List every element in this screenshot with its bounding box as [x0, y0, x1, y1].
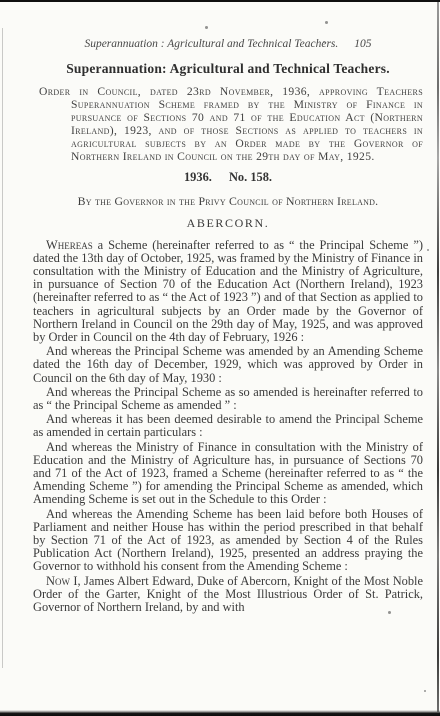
- page-title: Superannuation: Agricultural and Technic…: [33, 61, 423, 77]
- paragraph-text: And whereas the Principal Scheme as so a…: [33, 385, 423, 412]
- signatory-name: ABERCORN.: [33, 216, 423, 231]
- paragraph-scheme-as-amended: And whereas the Principal Scheme as so a…: [33, 386, 423, 412]
- running-header: Superannuation : Agricultural and Techni…: [33, 38, 423, 50]
- scan-edge-top: [0, 0, 440, 2]
- scan-edge-left: [2, 28, 3, 668]
- paragraph-lead: Now: [46, 574, 70, 588]
- paragraph-text: And whereas the Ministry of Finance in c…: [33, 440, 423, 507]
- paragraph-text: And whereas it has been deemed desirable…: [33, 412, 423, 439]
- running-header-title: Superannuation : Agricultural and Techni…: [84, 38, 338, 50]
- page-content: Superannuation : Agricultural and Techni…: [33, 38, 423, 615]
- issue-line: 1936. No. 158.: [33, 170, 423, 185]
- scan-speck: [427, 249, 429, 251]
- paragraph-text: And whereas the Principal Scheme was ame…: [33, 344, 423, 384]
- authority-line: By the Governor in the Privy Council of …: [33, 194, 423, 209]
- document-page: Superannuation : Agricultural and Techni…: [0, 0, 440, 716]
- paragraph-whereas-principal-scheme: Whereas a Scheme (hereinafter referred t…: [33, 239, 423, 345]
- scan-edge-bottom: [0, 710, 440, 716]
- scan-gutter-line: [437, 2, 439, 712]
- paragraph-text: a Scheme (hereinafter referred to as “ t…: [33, 238, 423, 344]
- paragraph-lead: Whereas: [46, 238, 93, 252]
- paragraph-now-i-duke-of-abercorn: Now I, James Albert Edward, Duke of Aber…: [33, 575, 423, 615]
- paragraph-ministry-framed-scheme: And whereas the Ministry of Finance in c…: [33, 441, 423, 507]
- issue-number: No. 158.: [229, 170, 272, 184]
- paragraph-text: And whereas the Amending Scheme has been…: [33, 507, 423, 574]
- paragraph-desirable-to-amend: And whereas it has been deemed desirable…: [33, 413, 423, 439]
- scan-speck: [325, 21, 328, 24]
- paragraph-laid-before-parliament: And whereas the Amending Scheme has been…: [33, 508, 423, 574]
- scan-speck: [424, 690, 426, 692]
- order-summary: Order in Council, dated 23rd November, 1…: [33, 85, 423, 164]
- paragraph-amending-scheme-1929: And whereas the Principal Scheme was ame…: [33, 345, 423, 385]
- paragraph-text: I, James Albert Edward, Duke of Abercorn…: [33, 574, 423, 614]
- issue-year: 1936.: [184, 170, 212, 184]
- page-number: 105: [354, 38, 371, 50]
- scan-speck: [205, 26, 208, 29]
